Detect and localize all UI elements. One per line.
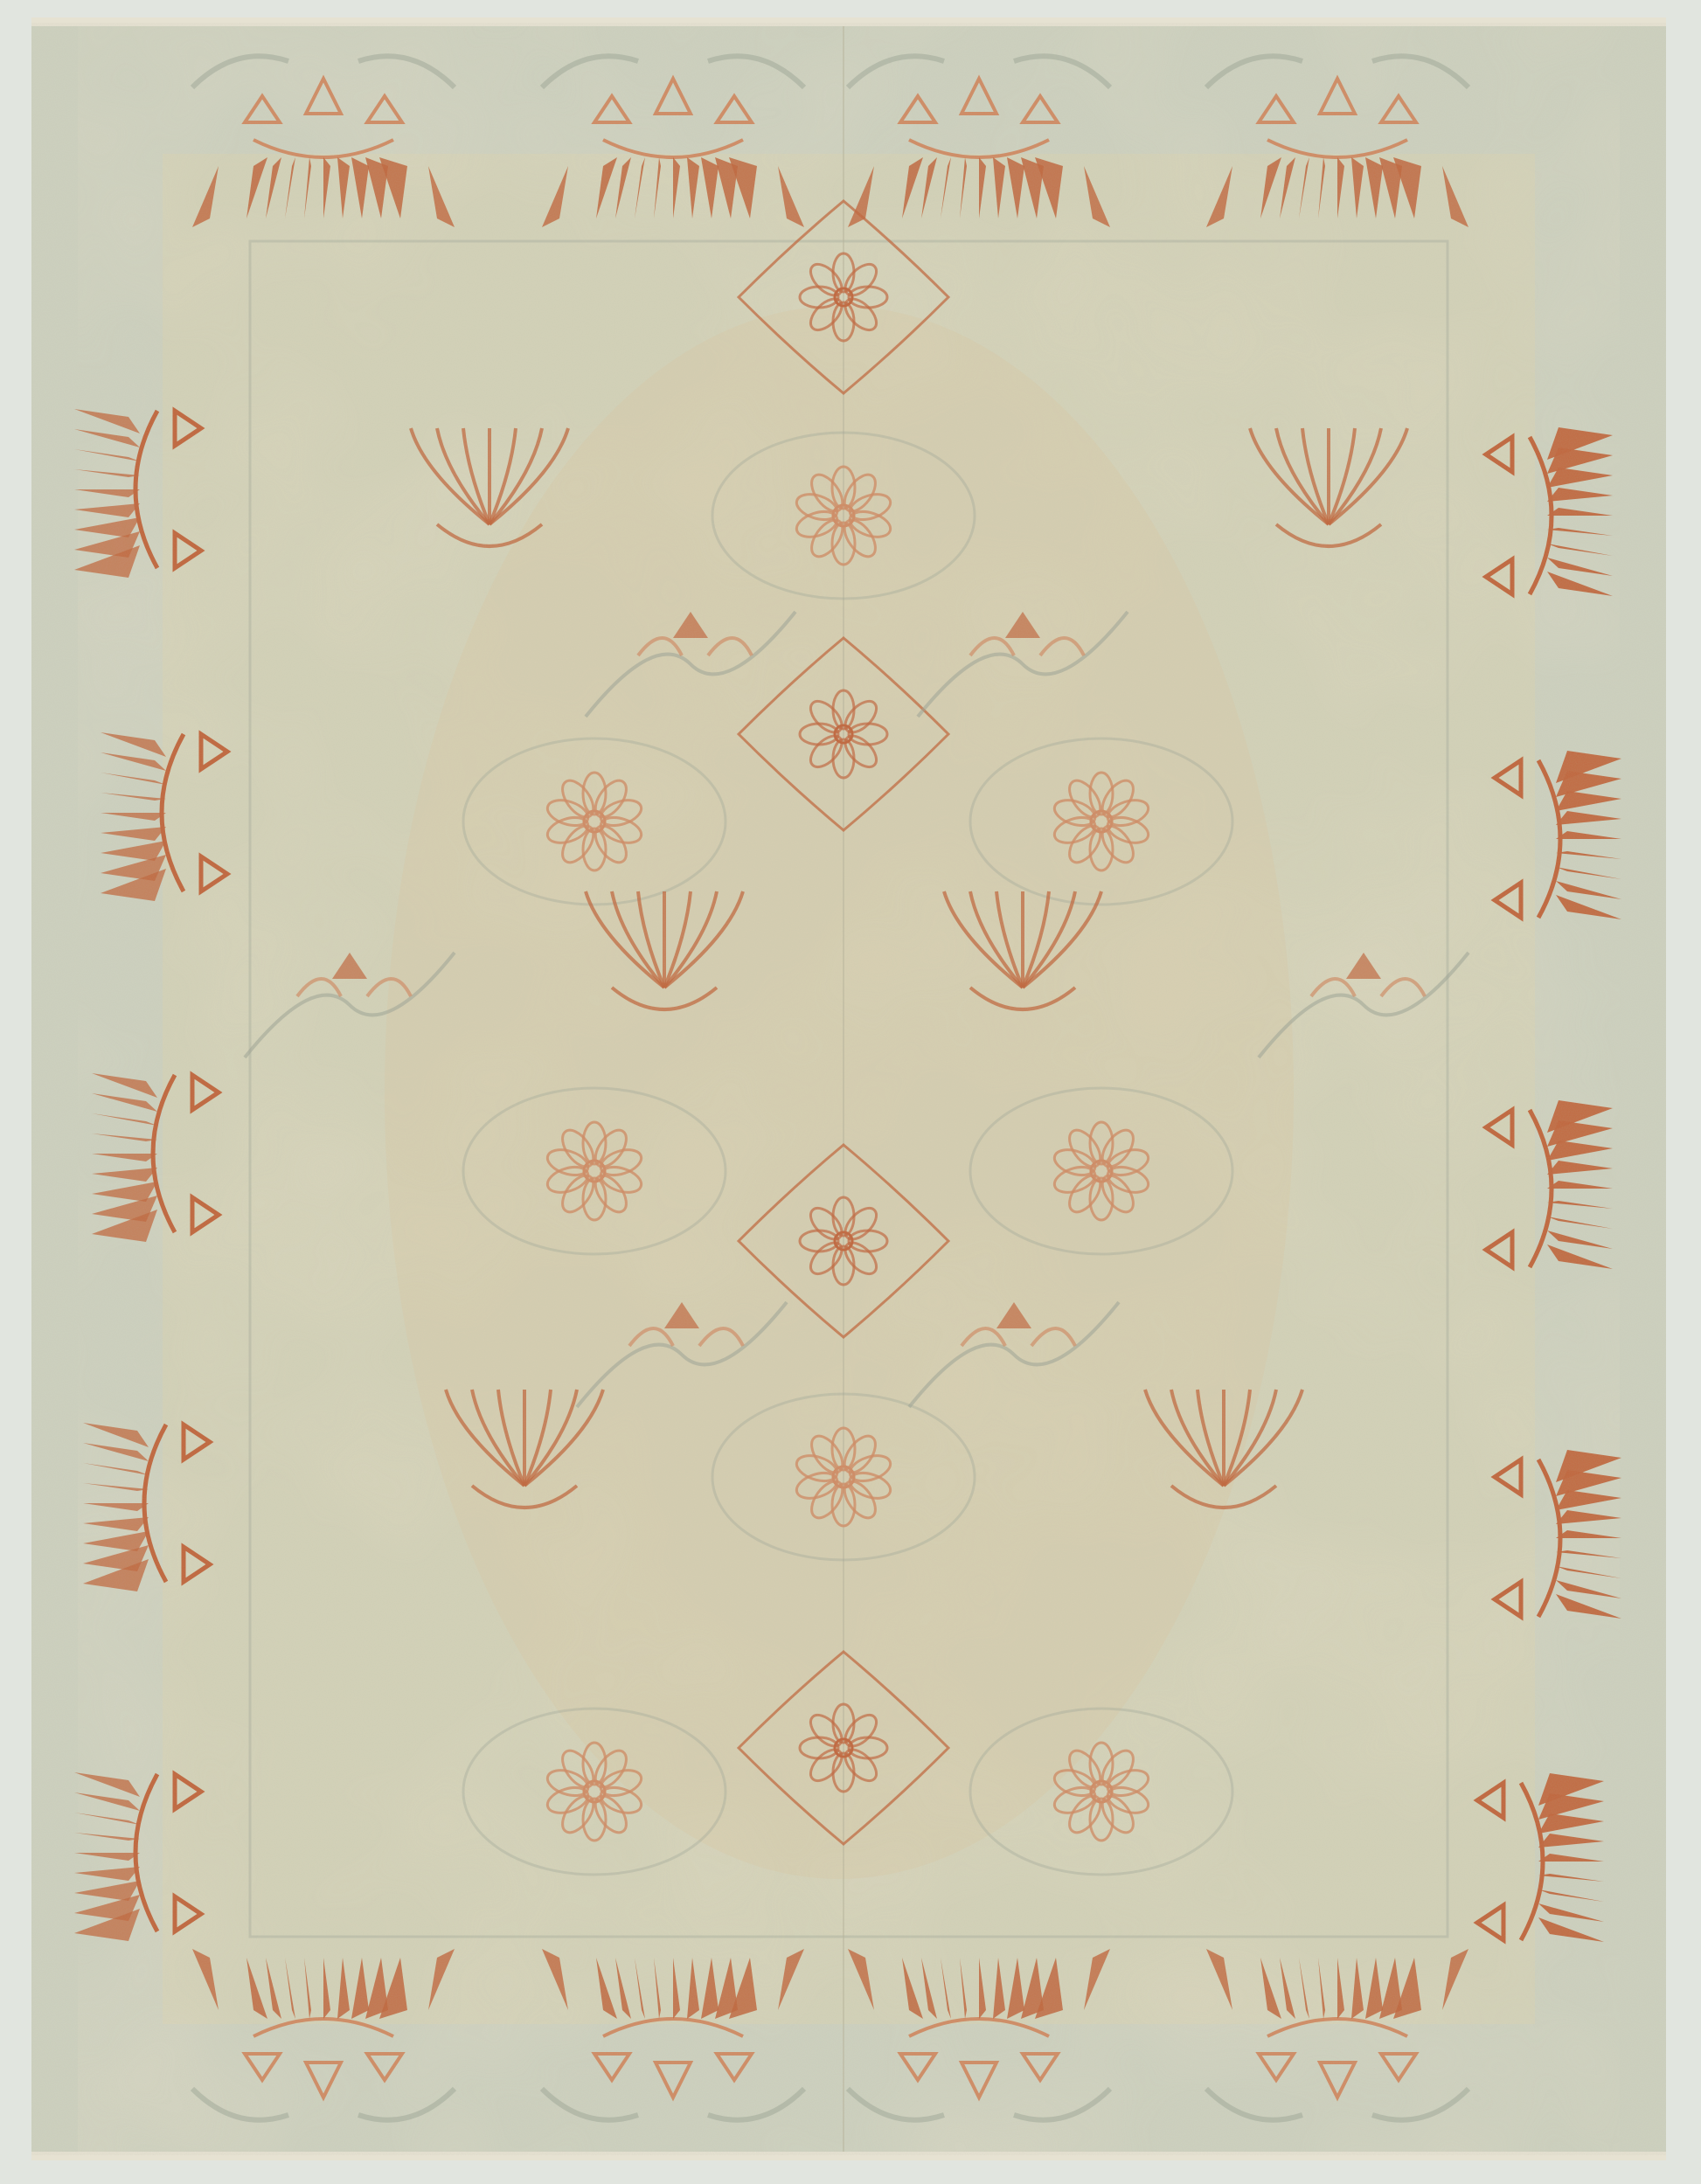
- rug: [31, 17, 1666, 2160]
- rug-photo: [0, 0, 1701, 2184]
- pile-texture: [31, 23, 1666, 2155]
